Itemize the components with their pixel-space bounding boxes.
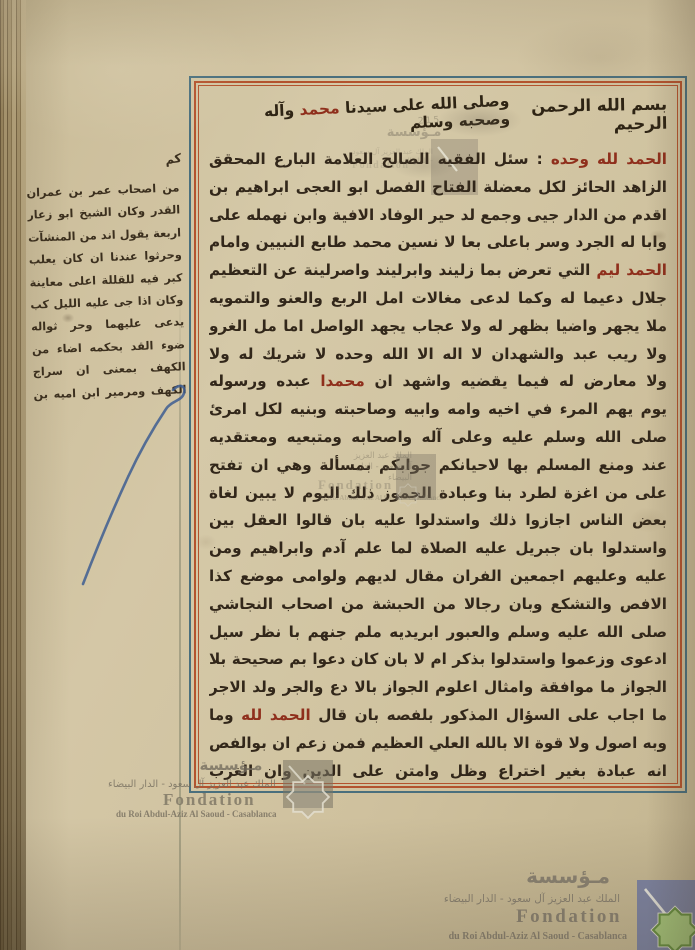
ink-segment: الافص والتشكع وبان رجالا من الحبشة من اص…: [209, 595, 667, 619]
blue-ink-stroke: [60, 358, 210, 593]
manuscript-line: ولا ريب عبد والشهدان لا اله الا الله وحد…: [209, 341, 667, 369]
ink-segment: ادعوى وزعموا واستدلوا بذكر ام لا بان كان…: [209, 650, 667, 674]
ink-segment: انه عبادة بغير اختراع وظل وامتن على الدي…: [209, 762, 667, 784]
manuscript-line: ادعوى وزعموا واستدلوا بذكر ام لا بان كان…: [209, 646, 667, 674]
ink-segment: اقدم من الدار جيى وجمع لد حير الوفاد الا…: [209, 206, 667, 230]
manuscript-line: عند ومنع المسلم بها لاحيانكم جوابكم بمسأ…: [209, 452, 667, 480]
red-ink-segment: الحمد لله وحده: [551, 150, 667, 168]
watermark-bottomright-latin-subtitle: du Roi Abdul-Aziz Al Saoud - Casablanca: [425, 931, 627, 942]
tasliya-red-word: محمد: [299, 99, 340, 119]
manuscript-line: الجواز ما موافقة وامثال اعلوم الجواز بال…: [209, 674, 667, 702]
ink-segment: وابا له الجرد وسر باعلى بعا لا نسين محمد…: [209, 233, 667, 257]
red-ink-segment: الحمد لله: [241, 706, 311, 724]
manuscript-line: وابا له الجرد وسر باعلى بعا لا نسين محمد…: [209, 229, 667, 257]
manuscript-lines: الحمد لله وحده : سئل الفقيه الصالح العلا…: [207, 146, 669, 784]
manuscript-line: يوم يهم المرء في اخيه وامه وابيه وصاحبته…: [209, 396, 667, 424]
watermark-bottomright-arabic-title: مـؤسسة: [430, 864, 610, 888]
ink-segment: ما اجاب على السؤال المذكور بلفصه بان قال: [311, 706, 667, 724]
manuscript-line: جلال دعيما له وكما لدعى مغالات امل الربع…: [209, 285, 667, 313]
manuscript-line: الحمد ليم التي تعرض بما زليند وابرليند و…: [209, 257, 667, 285]
manuscript-line: صلى الله عليه وسلم والعبور ابريديه ملم ج…: [209, 619, 667, 647]
star-icon: [651, 906, 695, 950]
manuscript-line: ما اجاب على السؤال المذكور بلفصه بان قال…: [209, 702, 667, 730]
ink-segment: صلى الله وسلم عليه وعلى آله واصحابه ومتب…: [209, 428, 667, 446]
header-row: بسم الله الرحمن الرحيم وصلى الله على سيد…: [207, 90, 669, 146]
ink-segment: عند ومنع المسلم بها لاحيانكم جوابكم بمسأ…: [209, 456, 667, 480]
ink-segment: وبه اصول ولا قوة الا بالله العلي العظيم …: [209, 734, 667, 758]
manuscript-line: صلى الله وسلم عليه وعلى آله واصحابه ومتب…: [209, 424, 667, 452]
watermark-bottomleft-latin-title: Fondation: [163, 790, 256, 810]
watermark-bottomright-latin-title: Fondation: [425, 906, 622, 928]
text-frame: بسم الله الرحمن الرحيم وصلى الله على سيد…: [189, 76, 687, 793]
red-ink-segment: الحمد ليم: [596, 261, 667, 279]
ink-segment: بعض الناس اجازوا ذلك واستدلوا عليه بان ق…: [209, 511, 667, 535]
ink-segment: على من اغزة لطرد بنا وعبادة الجموز ذلك ا…: [209, 484, 667, 508]
watermark-bottomright-arabic-subtitle: الملك عبد العزيز آل سعود - الدار البيضاء: [425, 893, 620, 905]
manuscript-line: الافص والتشكع وبان رجالا من الحبشة من اص…: [209, 591, 667, 619]
frame-red-outer-rule: بسم الله الرحمن الرحيم وصلى الله على سيد…: [194, 81, 682, 788]
ink-segment: ولا ريب عبد والشهدان لا اله الا الله وحد…: [209, 345, 667, 369]
margin-note-mark: كم: [164, 151, 182, 167]
manuscript-line: ملا يجهر واضيا بظهر له ولا عجاب يجهد الو…: [209, 313, 667, 341]
manuscript-line: ولا معارض له فيما يقضيه واشهد ان محمدا ع…: [209, 368, 667, 396]
manuscript-line: اقدم من الدار جيى وجمع لد حير الوفاد الا…: [209, 202, 667, 230]
ink-segment: الجواز ما موافقة وامثال اعلوم الجواز بال…: [209, 678, 667, 702]
diagonal-line-icon: [637, 880, 695, 950]
ink-segment: عليه وعليهم اجمعين الفران مقال لديهم ولو…: [209, 567, 667, 591]
manuscript-line: الزاهد الحائز لكل معضلة الفتاح الفصل ابو…: [209, 174, 667, 202]
ink-segment: صلى الله عليه وسلم والعبور ابريديه ملم ج…: [209, 623, 667, 647]
ink-segment: ولا معارض له فيما يقضيه واشهد ان: [365, 372, 667, 390]
ink-segment: يوم يهم المرء في اخيه وامه وابيه وصاحبته…: [209, 400, 667, 424]
manuscript-line: الحمد لله وحده : سئل الفقيه الصالح العلا…: [209, 146, 667, 174]
book-binding-edge: [0, 0, 26, 950]
ink-segment: ملا يجهر واضيا بظهر له ولا عجاب يجهد الو…: [209, 317, 667, 341]
basmala: بسم الله الرحمن الرحيم: [509, 95, 667, 136]
manuscript-line: واستدلوا بان جبريل عليه الصلاة لما علم آ…: [209, 535, 667, 563]
manuscript-scan-page: { "page": { "kind": "Arabic maghribi man…: [0, 0, 695, 950]
foundation-logo-bottomright: [637, 880, 695, 950]
ink-segment: واستدلوا بان جبريل عليه الصلاة لما علم آ…: [209, 539, 667, 563]
manuscript-line: بعض الناس اجازوا ذلك واستدلوا عليه بان ق…: [209, 507, 667, 535]
watermark-bottomleft-latin-subtitle: du Roi Abdul-Aziz Al Saoud - Casablanca: [116, 809, 277, 819]
manuscript-line: عليه وعليهم اجمعين الفران مقال لديهم ولو…: [209, 563, 667, 591]
red-ink-segment: محمدا: [320, 372, 365, 390]
ink-segment: الزاهد الحائز لكل معضلة الفتاح الفصل ابو…: [209, 178, 667, 202]
manuscript-line: على من اغزة لطرد بنا وعبادة الجموز ذلك ا…: [209, 480, 667, 508]
manuscript-line: انه عبادة بغير اختراع وظل وامتن على الدي…: [209, 758, 667, 784]
manuscript-line: وبه اصول ولا قوة الا بالله العلي العظيم …: [209, 730, 667, 758]
tasliya: وصلى الله على سيدنا محمد وآله وصحبه وسلم: [226, 92, 510, 140]
frame-red-inner-rule: بسم الله الرحمن الرحيم وصلى الله على سيد…: [198, 85, 678, 784]
ink-segment: جلال دعيما له وكما لدعى مغالات امل الربع…: [209, 289, 667, 313]
